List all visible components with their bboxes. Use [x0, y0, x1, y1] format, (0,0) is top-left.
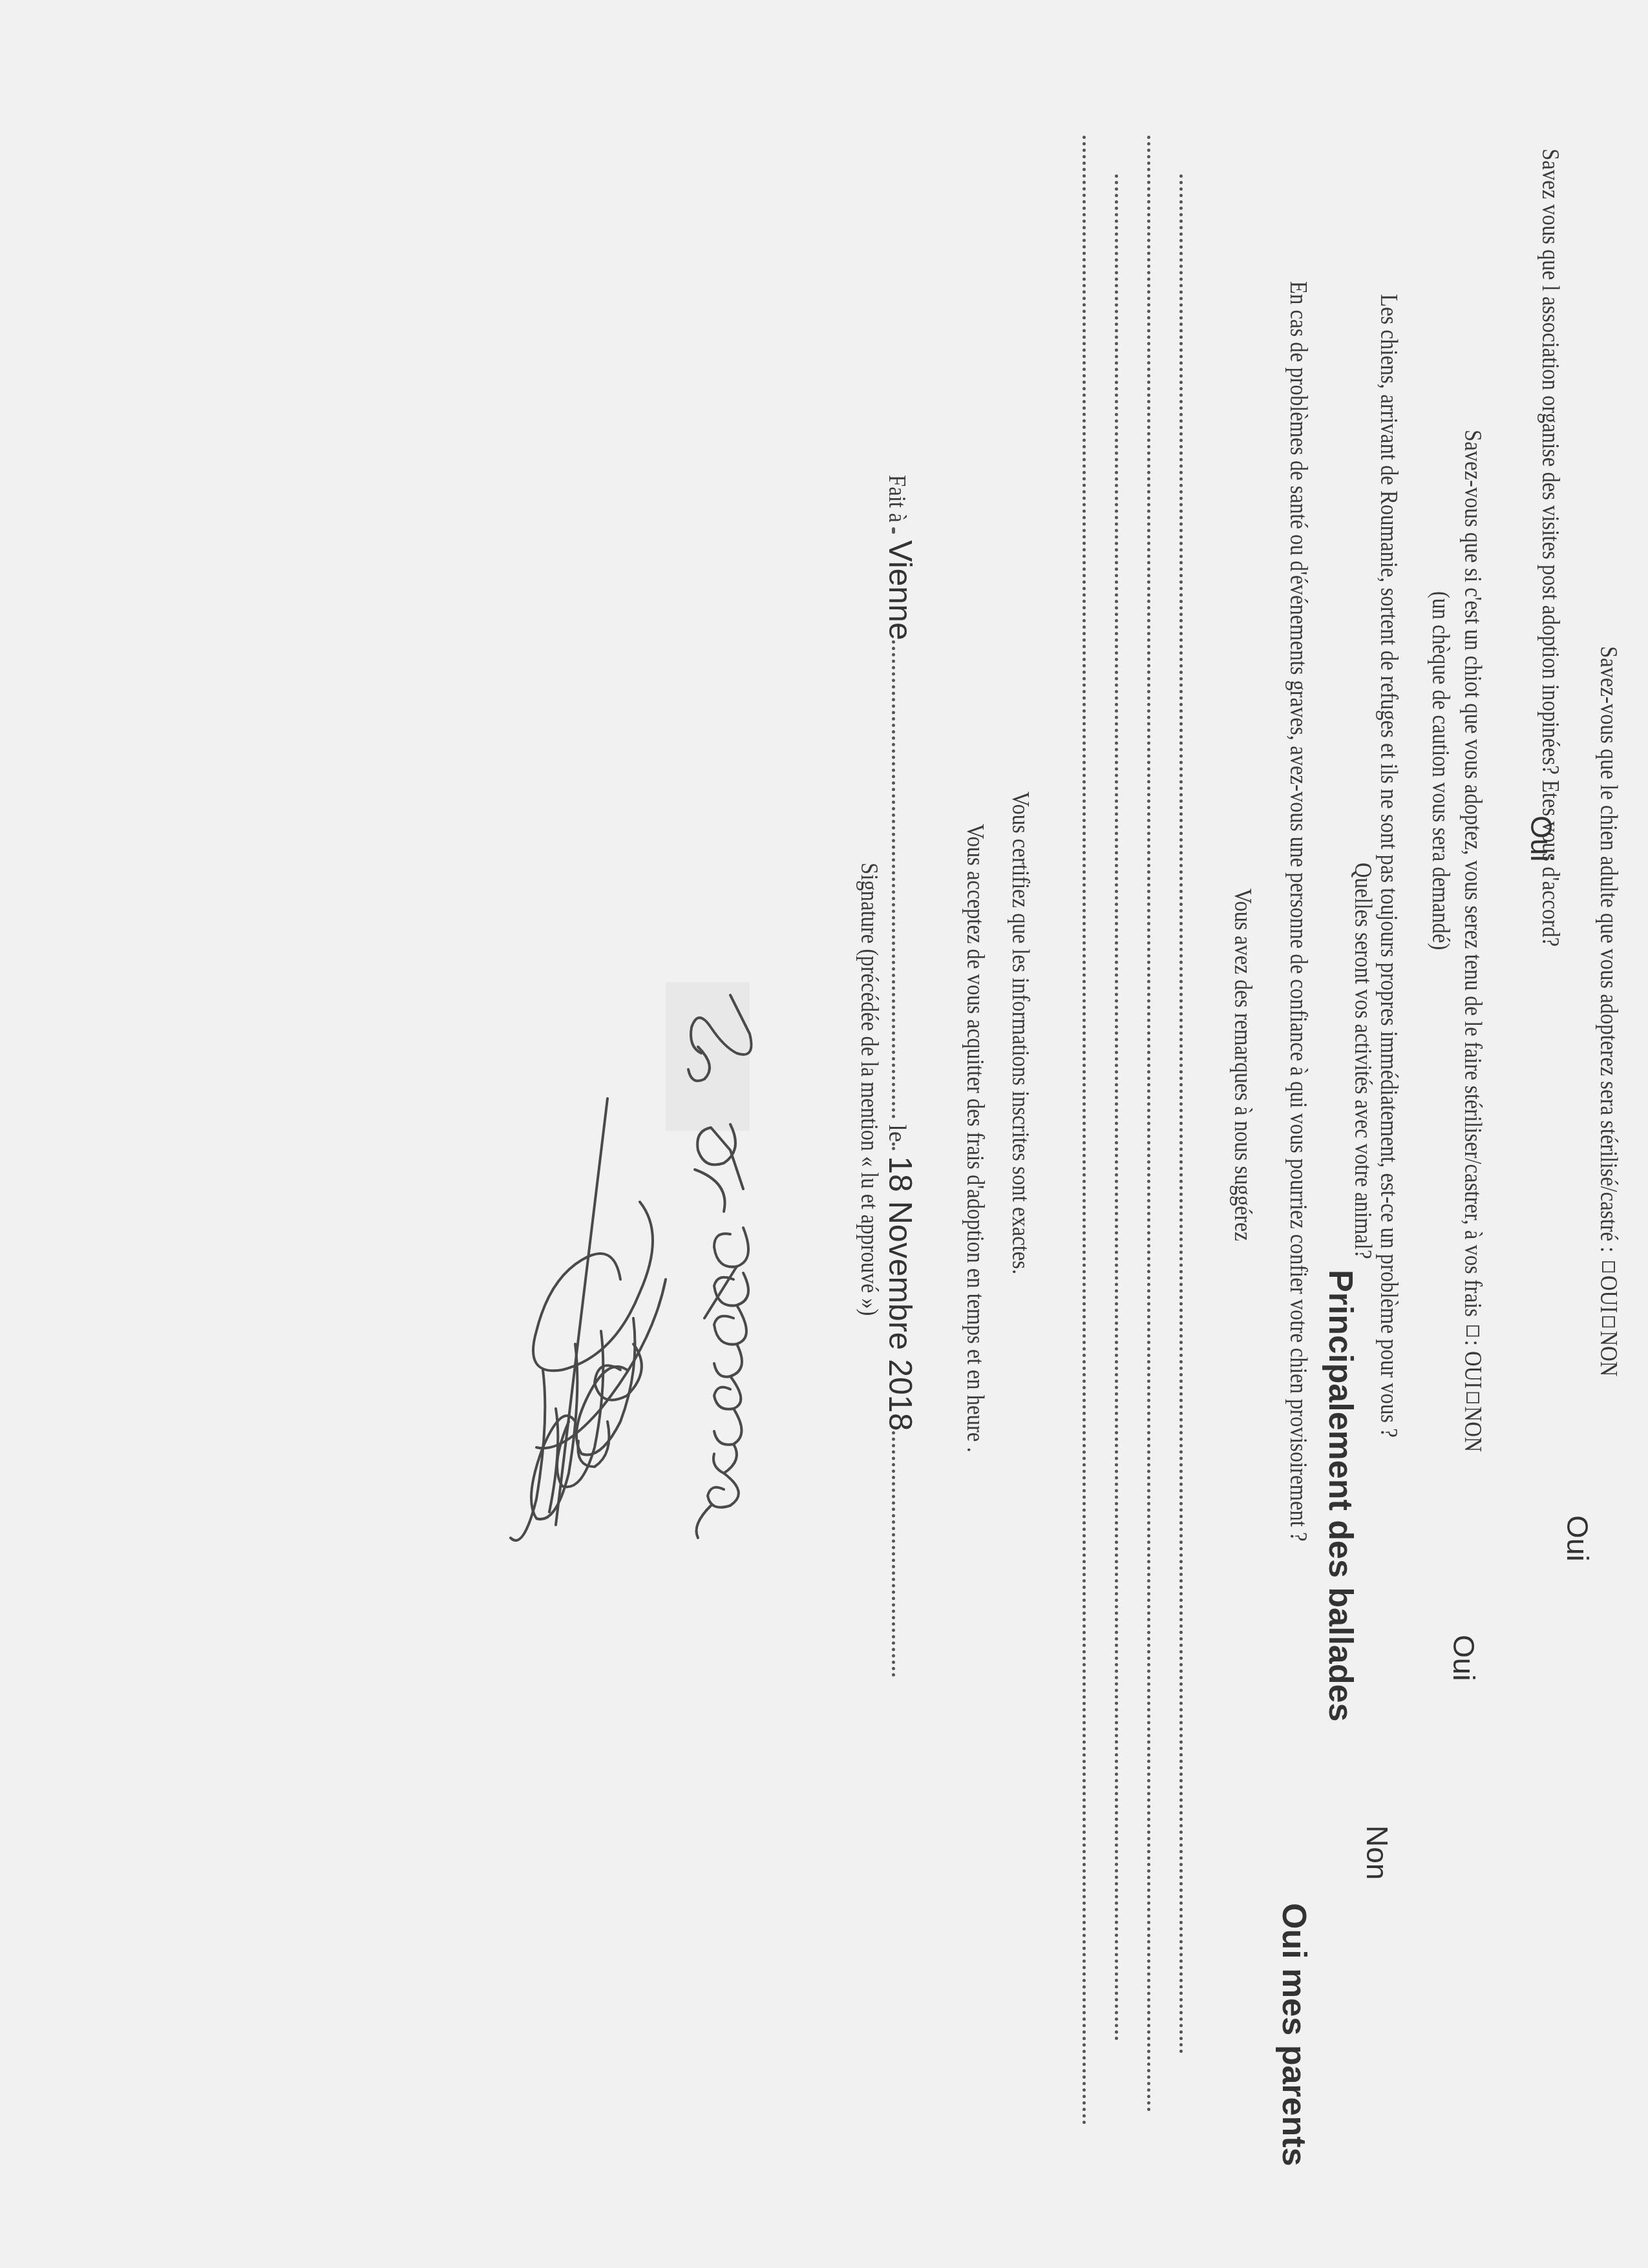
question-puppy-sterilisation: Savez-vous que si c'est un chiot que vou…	[1461, 430, 1485, 1452]
remarks-label: Vous avez des remarques à nous suggérez	[1231, 888, 1255, 1241]
question-sterilised-adult: Savez-vous que le chien adulte que vous …	[1596, 646, 1621, 1376]
adoption-form-page: Savez-vous que le chien adulte que vous …	[0, 0, 1648, 2268]
signature-label: Signature (précédée de la mention « lu e…	[857, 863, 882, 1316]
answer-activities: Principalement des ballades	[1324, 1270, 1357, 1721]
certify-statement: Vous certifiez que les informations insc…	[1008, 792, 1033, 1274]
checkbox-non-puppy-oui[interactable]	[1466, 1392, 1479, 1403]
question-trusted-person: En cas de problèmes de santé ou d'événem…	[1286, 281, 1311, 1542]
answer-trusted-person: Oui mes parents	[1277, 1903, 1311, 2166]
question-activities: Quelles seront vos activités avec votre …	[1351, 863, 1375, 1259]
answer-puppy-sterilisation: Oui	[1449, 1635, 1479, 1681]
remarks-line-4[interactable]	[1083, 136, 1086, 2126]
remarks-line-2[interactable]	[1147, 136, 1150, 2113]
checkbox-frais[interactable]	[1466, 1325, 1479, 1336]
checkbox-oui[interactable]	[1602, 1261, 1615, 1272]
accept-fees-statement: Vous acceptez de vous acquitter des frai…	[963, 824, 988, 1453]
remarks-line-1[interactable]	[1179, 174, 1183, 2055]
question-cleanliness: Les chiens, arrivant de Roumanie, sorten…	[1377, 294, 1401, 1438]
answer-cleanliness: Non	[1362, 1825, 1392, 1880]
deposit-note: (un chèque de caution vous sera demandé)	[1428, 591, 1453, 950]
remarks-line-3[interactable]	[1115, 174, 1118, 2042]
place-value[interactable]: Vienne	[882, 540, 918, 640]
date-value[interactable]: 18 Novembre 2018	[882, 1156, 918, 1431]
handwritten-signature	[498, 956, 769, 1680]
place-date-row: Fait à Vienne le 18 Novembre 2018	[884, 475, 916, 1677]
checkbox-non[interactable]	[1602, 1316, 1615, 1327]
answer-post-adoption-visits: Oui	[1527, 815, 1556, 862]
answer-sterilised-adult: Oui	[1563, 1515, 1592, 1562]
